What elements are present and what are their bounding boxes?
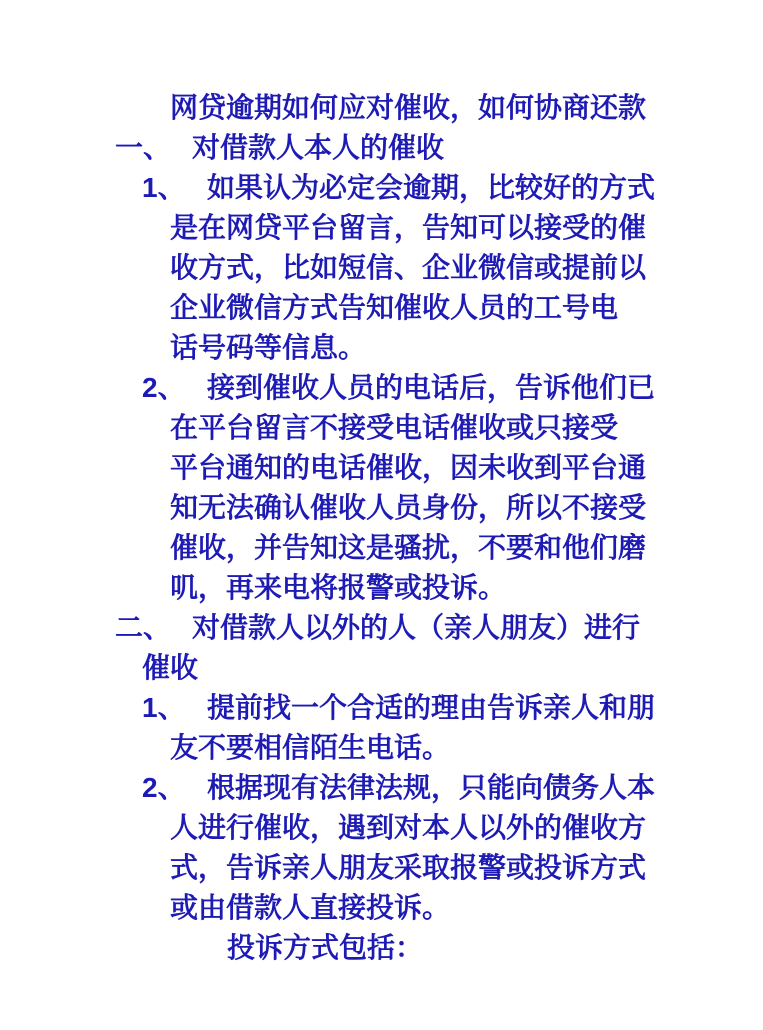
line-text: 收方式，比如短信、企业微信或提前以	[170, 252, 646, 283]
line-text: 叽，再来电将报警或投诉。	[170, 572, 506, 603]
doc-line: 二、对借款人以外的人（亲人朋友）进行	[0, 608, 763, 648]
line-text: 根据现有法律法规，只能向债务人本	[207, 772, 655, 803]
doc-line: 催收	[0, 648, 763, 688]
list-marker: 1、	[142, 168, 186, 208]
line-text: 催收	[142, 652, 198, 683]
line-text: 在平台留言不接受电话催收或只接受	[170, 412, 618, 443]
line-text: 式，告诉亲人朋友采取报警或投诉方式	[170, 852, 646, 883]
line-text: 接到催收人员的电话后，告诉他们已	[207, 372, 655, 403]
doc-line: 式，告诉亲人朋友采取报警或投诉方式	[0, 848, 763, 888]
doc-line: 知无法确认催收人员身份，所以不接受	[0, 488, 763, 528]
list-marker: 1、	[142, 688, 186, 728]
doc-line: 收方式，比如短信、企业微信或提前以	[0, 248, 763, 288]
line-text: 或由借款人直接投诉。	[170, 892, 450, 923]
list-marker: 2、	[142, 768, 186, 808]
list-marker: 2、	[142, 368, 186, 408]
doc-line: 1、如果认为必定会逾期，比较好的方式	[0, 168, 763, 208]
line-text: 是在网贷平台留言，告知可以接受的催	[170, 212, 646, 243]
doc-line: 叽，再来电将报警或投诉。	[0, 568, 763, 608]
doc-line: 2、接到催收人员的电话后，告诉他们已	[0, 368, 763, 408]
doc-line: 1、提前找一个合适的理由告诉亲人和朋	[0, 688, 763, 728]
line-text: 网贷逾期如何应对催收，如何协商还款	[170, 92, 646, 123]
line-text: 对借款人本人的催收	[192, 132, 444, 163]
line-text: 友不要相信陌生电话。	[170, 732, 450, 763]
line-text: 人进行催收，遇到对本人以外的催收方	[170, 812, 646, 843]
line-text: 对借款人以外的人（亲人朋友）进行	[192, 612, 640, 643]
line-text: 提前找一个合适的理由告诉亲人和朋	[207, 692, 655, 723]
line-text: 如果认为必定会逾期，比较好的方式	[207, 172, 655, 203]
list-marker: 二、	[115, 608, 171, 648]
doc-line: 或由借款人直接投诉。	[0, 888, 763, 928]
document-page: 网贷逾期如何应对催收，如何协商还款一、对借款人本人的催收1、如果认为必定会逾期，…	[0, 0, 763, 1030]
doc-line: 是在网贷平台留言，告知可以接受的催	[0, 208, 763, 248]
line-text: 投诉方式包括：	[227, 932, 423, 963]
doc-line: 在平台留言不接受电话催收或只接受	[0, 408, 763, 448]
document-title: 网贷逾期如何应对催收，如何协商还款	[0, 88, 763, 128]
doc-line: 友不要相信陌生电话。	[0, 728, 763, 768]
doc-line: 平台通知的电话催收，因未收到平台通	[0, 448, 763, 488]
line-text: 知无法确认催收人员身份，所以不接受	[170, 492, 646, 523]
line-text: 话号码等信息。	[170, 332, 366, 363]
doc-line: 2、根据现有法律法规，只能向债务人本	[0, 768, 763, 808]
line-text: 平台通知的电话催收，因未收到平台通	[170, 452, 646, 483]
line-text: 催收，并告知这是骚扰，不要和他们磨	[170, 532, 646, 563]
doc-line: 催收，并告知这是骚扰，不要和他们磨	[0, 528, 763, 568]
doc-line: 一、对借款人本人的催收	[0, 128, 763, 168]
line-text: 企业微信方式告知催收人员的工号电	[170, 292, 618, 323]
list-marker: 一、	[115, 128, 171, 168]
doc-line: 企业微信方式告知催收人员的工号电	[0, 288, 763, 328]
doc-line: 人进行催收，遇到对本人以外的催收方	[0, 808, 763, 848]
doc-line: 话号码等信息。	[0, 328, 763, 368]
doc-line: 投诉方式包括：	[0, 928, 763, 968]
